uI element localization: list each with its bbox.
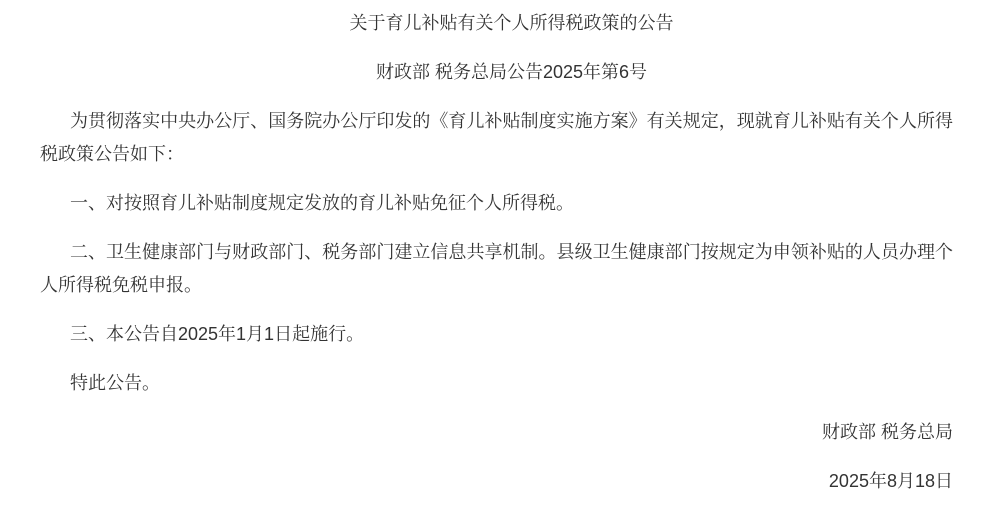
- article-2: 二、卫生健康部门与财政部门、税务部门建立信息共享机制。县级卫生健康部门按规定为申…: [40, 236, 953, 302]
- closing-paragraph: 特此公告。: [40, 367, 953, 400]
- intro-paragraph: 为贯彻落实中央办公厅、国务院办公厅印发的《育儿补贴制度实施方案》有关规定，现就育…: [40, 105, 953, 171]
- doc-date: 2025年8月18日: [40, 465, 953, 498]
- doc-title: 关于育儿补贴有关个人所得税政策的公告: [40, 7, 953, 40]
- doc-number: 财政部 税务总局公告2025年第6号: [40, 56, 953, 89]
- article-1: 一、对按照育儿补贴制度规定发放的育儿补贴免征个人所得税。: [40, 187, 953, 220]
- announcement-document: 关于育儿补贴有关个人所得税政策的公告 财政部 税务总局公告2025年第6号 为贯…: [0, 0, 993, 511]
- doc-signature: 财政部 税务总局: [40, 416, 953, 449]
- article-3: 三、本公告自2025年1月1日起施行。: [40, 318, 953, 351]
